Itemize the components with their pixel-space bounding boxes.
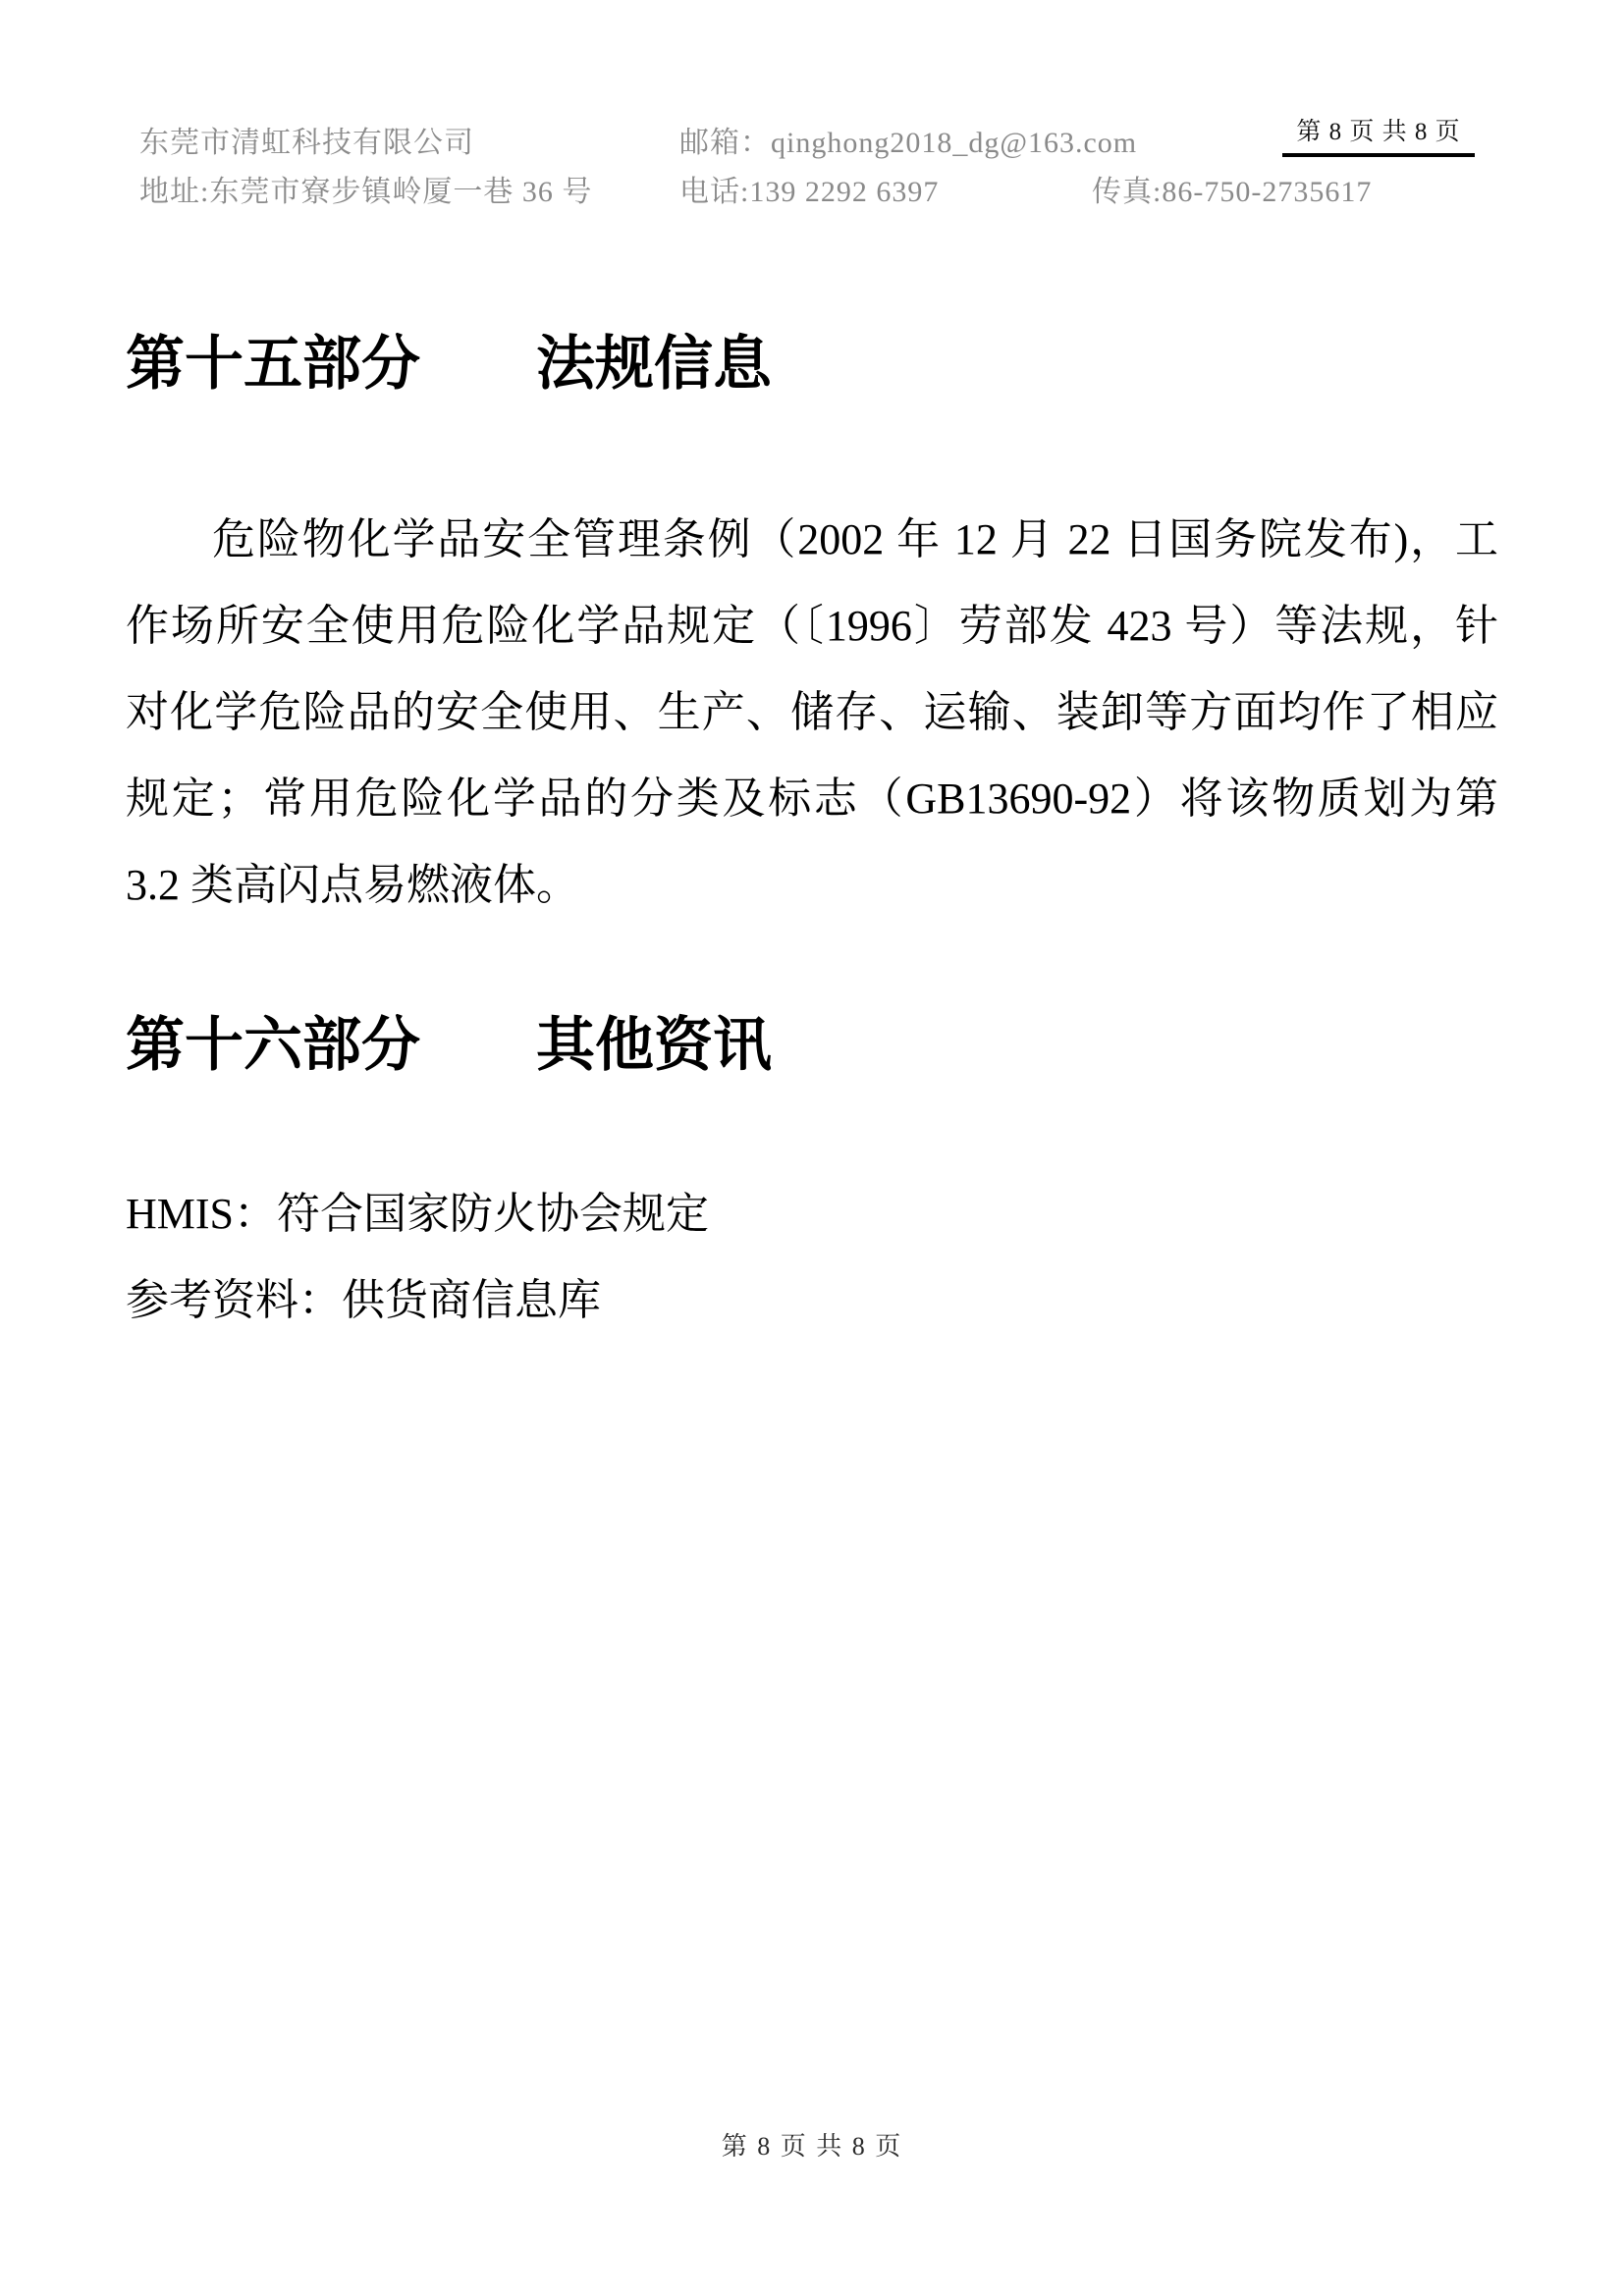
section-15-number: 第十五部分: [126, 332, 420, 397]
other-info-block: HMIS：符合国家防火协会规定 参考资料：供货商信息库: [126, 1171, 1498, 1344]
paragraph-line: 对化学危险品的安全使用、生产、储存、运输、装卸等方面均作了相应: [126, 669, 1498, 756]
section-16-heading: 第十六部分其他资讯: [126, 1013, 772, 1078]
hmis-line: HMIS：符合国家防火协会规定: [126, 1171, 1498, 1257]
section-16-title: 其他资讯: [536, 1013, 772, 1078]
paragraph-line: 作场所安全使用危险化学品规定（〔1996〕劳部发 423 号）等法规，针: [126, 583, 1498, 669]
section-15-heading: 第十五部分法规信息: [126, 332, 772, 397]
section-15-title: 法规信息: [536, 332, 772, 397]
regulation-paragraph: 危险物化学品安全管理条例（2002 年 12 月 22 日国务院发布)，工 作场…: [126, 497, 1498, 929]
email-text: 邮箱：qinghong2018_dg@163.com: [679, 118, 1137, 161]
footer-page-indicator: 第 8 页 共 8 页: [0, 2126, 1624, 2163]
paragraph-line: 规定；常用危险化学品的分类及标志（GB13690-92）将该物质划为第: [126, 756, 1498, 842]
paragraph-line: 危险物化学品安全管理条例（2002 年 12 月 22 日国务院发布)，工: [126, 497, 1498, 583]
company-name: 东莞市清虹科技有限公司: [139, 118, 474, 161]
address-text: 地址:东莞市寮步镇岭厦一巷 36 号: [139, 167, 592, 210]
document-page: 东莞市清虹科技有限公司 邮箱：qinghong2018_dg@163.com 第…: [0, 0, 1624, 2296]
header-page-indicator: 第 8 页 共 8 页: [1282, 112, 1475, 157]
phone-text: 电话:139 2292 6397: [679, 167, 939, 210]
paragraph-line: 3.2 类高闪点易燃液体。: [126, 842, 1498, 929]
fax-text: 传真:86-750-2735617: [1092, 167, 1372, 210]
section-16-number: 第十六部分: [126, 1013, 420, 1078]
reference-line: 参考资料：供货商信息库: [126, 1257, 1498, 1344]
